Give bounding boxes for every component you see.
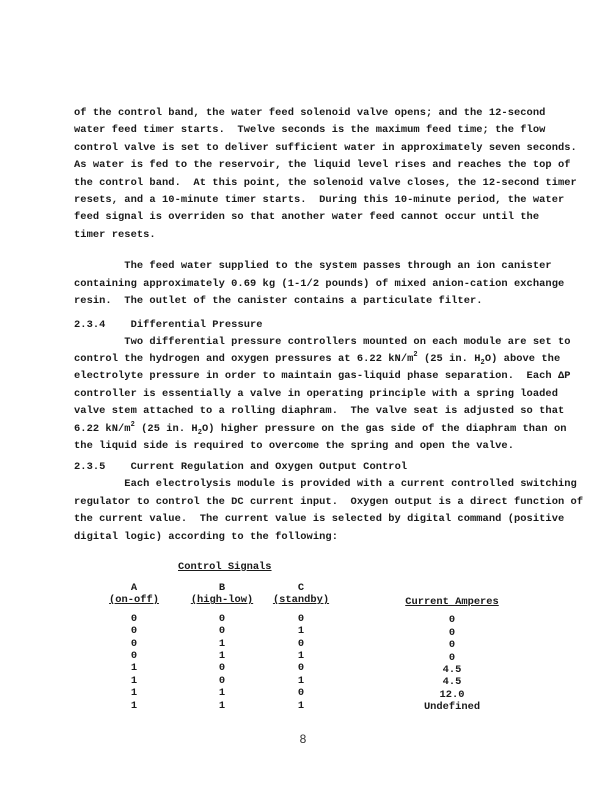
section-title: Current Regulation and Oxygen Output Con…: [131, 461, 408, 473]
text-line: controller is essentially a valve in ope…: [74, 388, 558, 401]
text-line: resets, and a 10-minute timer starts. Du…: [74, 194, 564, 207]
table-cell: 4.5: [398, 676, 506, 688]
table-group-header: Control Signals: [178, 561, 272, 574]
text-line: Each electrolysis module is provided wit…: [74, 478, 577, 491]
text-line: Two differential pressure controllers mo…: [74, 336, 571, 349]
table-cell: 1: [265, 700, 337, 712]
table-cell: 0: [265, 638, 337, 650]
table-cell: 0: [398, 614, 506, 626]
column-letter: A: [106, 582, 162, 594]
table-cell: 0: [398, 627, 506, 639]
text-line: regulator to control the DC current inpu…: [74, 496, 583, 509]
table-cell: 1: [106, 700, 162, 712]
table-cell: 0: [106, 638, 162, 650]
table-cell: 1: [265, 675, 337, 687]
table-cell: 12.0: [398, 689, 506, 701]
table-cell: 1: [106, 675, 162, 687]
text-line: The feed water supplied to the system pa…: [74, 260, 552, 273]
column-header: (on-off): [106, 594, 162, 606]
text-line: 6.22 kN/m2 (25 in. H2O) higher pressure …: [74, 423, 567, 437]
table-cell: 1: [186, 687, 258, 699]
text-line: control the hydrogen and oxygen pressure…: [74, 353, 560, 367]
table-cell: 0: [398, 652, 506, 664]
section-number: 2.3.5: [74, 461, 105, 473]
column-letter: C: [265, 582, 337, 594]
section-title: Differential Pressure: [131, 319, 263, 331]
section-heading-2-3-5: 2.3.5 Current Regulation and Oxygen Outp…: [74, 461, 407, 474]
column-header: (standby): [265, 594, 337, 606]
column-header: Current Amperes: [398, 596, 506, 608]
table-cell: 1: [106, 687, 162, 699]
table-cell: 0: [265, 613, 337, 625]
text-line: timer resets.: [74, 229, 156, 242]
section-heading-2-3-4: 2.3.4 Differential Pressure: [74, 319, 263, 332]
text-line: electrolyte pressure in order to maintai…: [74, 370, 571, 383]
text-line: digital logic) according to the followin…: [74, 531, 338, 544]
table-cell: 0: [106, 650, 162, 662]
column-header: (high-low): [186, 594, 258, 606]
text-line: valve stem attached to a rolling diaphra…: [74, 405, 564, 418]
table-cell: 4.5: [398, 664, 506, 676]
table-cell: 1: [186, 700, 258, 712]
table-cell: 0: [265, 662, 337, 674]
table-cell: 0: [186, 625, 258, 637]
table-cell: 1: [265, 625, 337, 637]
page-number: 8: [0, 732, 606, 746]
table-cell: 0: [398, 639, 506, 651]
table-cell: 0: [265, 687, 337, 699]
table-column-2: B(high-low)00110011: [186, 582, 258, 712]
table-cell: 1: [186, 638, 258, 650]
text-line: the current value. The current value is …: [74, 513, 564, 526]
section-number: 2.3.4: [74, 319, 105, 331]
text-line: resin. The outlet of the canister contai…: [74, 295, 483, 308]
table-cell: 0: [186, 662, 258, 674]
table-column-3: C(standby)01010101: [265, 582, 337, 712]
table-cell: 1: [106, 662, 162, 674]
text-line: control valve is set to deliver sufficie…: [74, 142, 577, 155]
table-column-4: Current Amperes00004.54.512.0Undefined: [398, 596, 506, 714]
table-cell: 0: [106, 613, 162, 625]
text-line: feed signal is overriden so that another…: [74, 211, 539, 224]
text-line: water feed timer starts. Twelve seconds …: [74, 124, 545, 137]
table-cell: 1: [186, 650, 258, 662]
table-cell: 0: [186, 613, 258, 625]
table-cell: Undefined: [398, 701, 506, 713]
text-line: of the control band, the water feed sole…: [74, 107, 545, 120]
table-column-1: A(on-off)00001111: [106, 582, 162, 712]
text-line: containing approximately 0.69 kg (1-1/2 …: [74, 278, 564, 291]
table-cell: 0: [186, 675, 258, 687]
text-line: the liquid side is required to overcome …: [74, 440, 514, 453]
table-cell: 1: [265, 650, 337, 662]
text-line: the control band. At this point, the sol…: [74, 177, 577, 190]
column-letter: B: [186, 582, 258, 594]
table-cell: 0: [106, 625, 162, 637]
text-line: As water is fed to the reservoir, the li…: [74, 159, 571, 172]
